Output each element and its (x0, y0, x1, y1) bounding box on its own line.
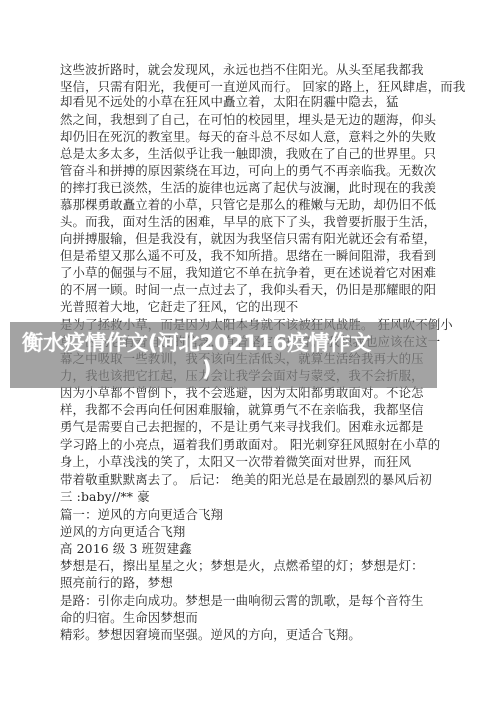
document-line: 精彩。梦想因窘境而坚强。逆风的方向，更适合飞翔。 (60, 628, 361, 642)
document-line: 梦想是石，擦出星星之火；梦想是火，点燃希望的灯；梦想是灯： (60, 559, 424, 573)
document-line: 学习路上的小亮点，逼着我们勇敢面对。 阳光刺穿狂风照射在小草的 (60, 438, 440, 452)
document-line: 却看见不远处的小草在狂风中矗立着，太阳在阴霾中隐去，猛 (60, 95, 399, 109)
document-line: 了小草的倔强与不屈，我知道它不单在抗争着，更在述说着它对困难 (60, 266, 436, 280)
document-line: 三 :baby//** 豪 (60, 490, 150, 504)
document-line: 总是太多太多，生活似乎让我一触即溃，我败在了自己的世界里。只 (60, 147, 436, 161)
document-line: 身上，小草浅浅的笑了，太阳又一次带着微笑面对世界，而狂风 (60, 455, 411, 469)
document-line: 高 2016 级 3 班贺建鑫 (60, 542, 192, 556)
banner-title-text: 衡水疫情作文(河北202116疫情作文 (22, 331, 371, 355)
document-line: 慕那棵勇敢矗立着的小草，只管它是那么的稚嫩与无助，却仍旧不低 (60, 198, 436, 212)
document-line: 头。而我，面对生活的困难，早早的底下了头，我曾要折服于生活， (60, 215, 436, 229)
document-line: 勇气是需要自己去把握的，不是让勇气来寻找我们。困难永远都是 (60, 420, 424, 434)
document-line: 篇一：逆风的方向更适合飞翔 (60, 508, 223, 522)
document-line: 然之间，我想到了自己，在可怕的校园里，埋头是无边的题海，仰头 (60, 113, 436, 127)
document-line: 带着敬重默默离去了。 后记： 绝美的阳光总是在最剧烈的暴风后初 (60, 473, 432, 487)
document-line: 却仍旧在死沉的教室里。每天的奋斗总不尽如人意，意料之外的失败 (60, 130, 436, 144)
document-line: 命的归宿。生命因梦想而 (60, 611, 198, 625)
document-line: 因为小草都不曾倒下，我不会逃避，因为太阳都勇敢面对。不论怎 (60, 386, 424, 400)
document-line: 管奋斗和拼搏的原因萦绕在耳边，可向上的勇气不再亲临我。无数次 (60, 164, 436, 178)
document-line: 但是希望又那么遥不可及，我不知所措。思绪在一瞬间阻滞，我看到 (60, 249, 436, 263)
document-line: 的不屑一顾。时间一点一点过去了，我仰头看天，仍旧是那耀眼的阳 (60, 283, 436, 297)
document-line: 是路：引你走向成功。梦想是一曲响彻云霄的凯歌，是每个音符生 (60, 594, 424, 608)
document-line: 这些波折路时，就会发现风，永远也挡不住阳光。从头至尾我都我 (60, 63, 424, 77)
document-line: 的摔打我已淡然，生活的旋律也远离了起伏与波澜，此时现在的我羡 (60, 181, 436, 195)
document-line: 光普照着大地，它赶走了狂风，它的出现不 (60, 300, 298, 314)
document-line: 样，我都不会再向任何困难服输，就算勇气不在亲临我，我都坚信 (60, 403, 424, 417)
banner-title-close: ) (22, 356, 482, 382)
document-line: 向拼搏服输，但是我没有，就因为我坚信只需有阳光就还会有希望， (60, 232, 436, 246)
document-line: 坚信，只需有阳光，我便可一直逆风而行。 回家的路上，狂风肆虐，而我 (60, 80, 465, 94)
document-line: 逆风的方向更适合飞翔 (60, 525, 185, 539)
banner-title: 衡水疫情作文(河北202116疫情作文 ) (22, 330, 482, 382)
document-line: 照亮前行的路，梦想 (60, 576, 173, 590)
